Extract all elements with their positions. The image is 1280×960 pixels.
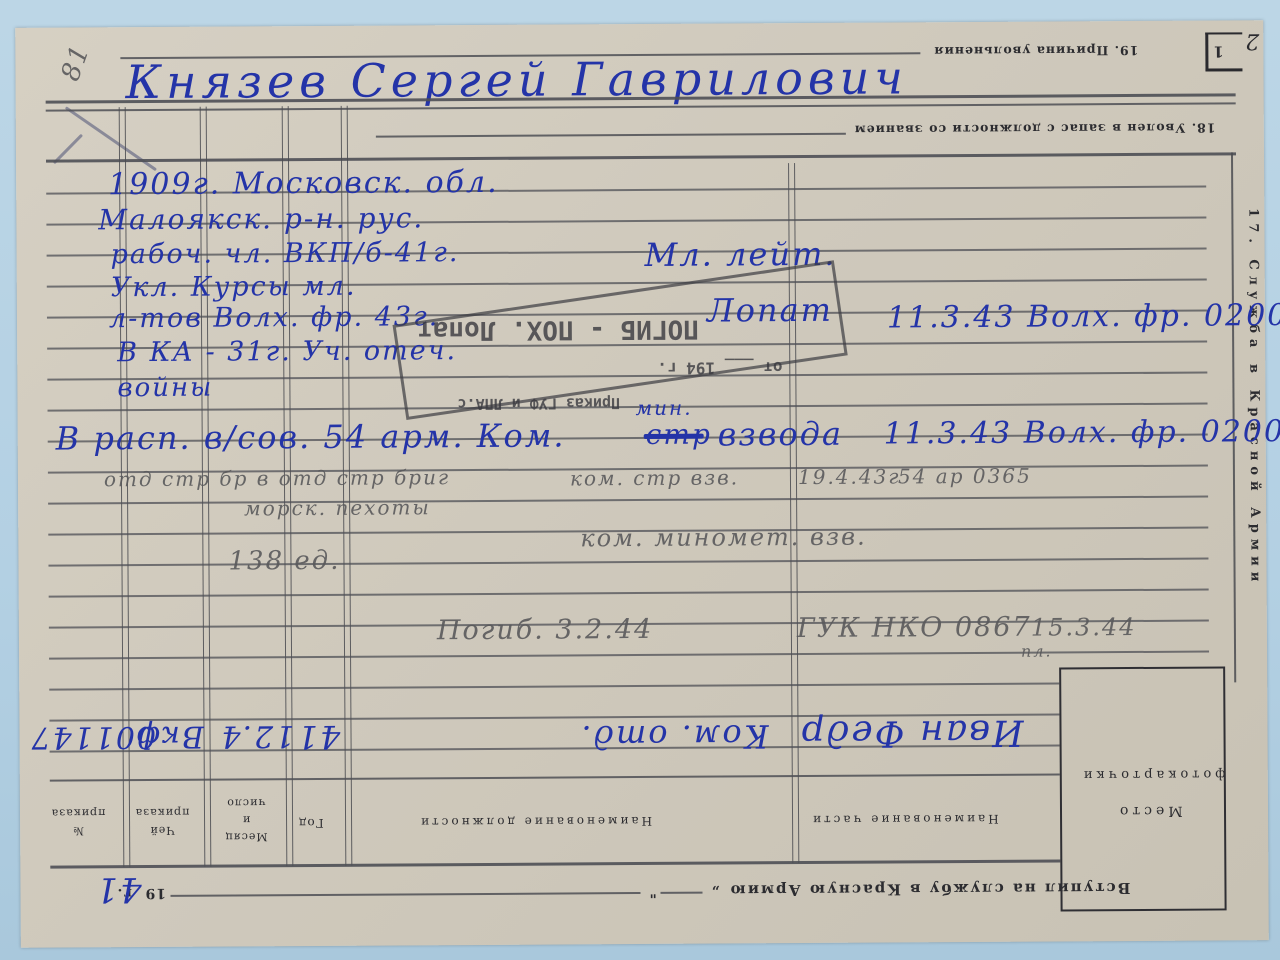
corner-number: 2 — [1243, 28, 1259, 53]
stamp-line-killed: ПОГИБ - ПОХ. Лопат — [417, 314, 699, 346]
hw-year: 41 — [295, 718, 340, 756]
hw-entered-year: 41 — [94, 869, 142, 909]
hw-whose-order: Вкф — [134, 719, 204, 754]
row-line — [49, 682, 1059, 690]
corner-box — [1205, 32, 1242, 71]
pencil-killed: Погиб. 3.2.44 — [437, 614, 654, 646]
pencil-brigade: отд стр бр в отд стр бриг — [104, 465, 450, 491]
label-service-red-army: 17. Служба в Красной Армии — [1245, 208, 1262, 587]
hw-assignment-date: 11.3.43 Волх. фр. 0200 — [884, 414, 1280, 451]
row-line-header-top — [50, 773, 1060, 781]
rule-18-bottom — [46, 152, 1236, 162]
label-unit-name: Наименование части — [810, 812, 999, 827]
photo-placeholder — [1059, 666, 1226, 911]
pencil-date: 19.4.43г — [798, 464, 901, 489]
hw-line-courses: Укл. Курсы мл. — [111, 271, 357, 304]
hw-rank-date-unit: 11.3.43 Волх. фр. 0200 — [887, 298, 1280, 335]
row-line — [48, 496, 1208, 505]
label-month-day: Месяц и число — [216, 794, 276, 845]
hw-month-day: 12.4 — [219, 718, 294, 753]
label-reason-discharge: 19. Причина увольнения — [933, 43, 1138, 59]
pencil-marine-infantry: морск. пехоты — [244, 495, 431, 520]
label-whose-order: Чей приказа — [132, 803, 192, 839]
pencil-order-sub: пл. — [1021, 641, 1053, 660]
hw-line-war: войны — [117, 373, 213, 404]
label-quote-close: " — [648, 884, 656, 900]
label-quote-open: „ — [710, 884, 719, 900]
label-reserve: 18. Уволен в запас с должности со звание… — [854, 120, 1216, 137]
label-year: Год — [298, 816, 324, 830]
pencil-138: 138 ед. — [228, 546, 340, 577]
pencil-platoon-cmd: ком. стр взв. — [570, 465, 739, 490]
row-line — [48, 403, 1208, 412]
hw-stamp-place: Лопат — [707, 291, 833, 330]
hw-line-birth: 1909г. Московск. обл. — [108, 165, 499, 202]
pencil-order: 54 ар 0365 — [898, 464, 1032, 489]
label-photo-place: Место — [1116, 803, 1183, 819]
hw-position: Ком. отд. — [579, 717, 768, 756]
rule-entered-day — [660, 892, 702, 894]
record-card: 81 1 2 19. Причина увольнения Князев Сер… — [15, 20, 1269, 948]
strikethrough-mark — [644, 434, 704, 439]
rule-18 — [376, 133, 846, 138]
hw-unit: Иван Федр — [799, 712, 1023, 754]
label-year-prefix: 19 — [144, 885, 166, 901]
pencil-mortar-cmd: ком. миномет. взв. — [580, 523, 866, 553]
hw-assignment: В расп. в/сов. 54 арм. Ком. — [56, 416, 566, 457]
row-line-header-bottom — [50, 859, 1060, 868]
pencil-number-mark: 81 — [56, 40, 97, 85]
label-order-number: № приказа — [48, 803, 108, 839]
hw-line-district: Малоякск. р-н. рус. — [98, 201, 424, 236]
pencil-order-gunko: ГУК НКО 0867 — [797, 612, 1032, 644]
hw-platoon: взвода — [718, 415, 844, 454]
row-line — [49, 589, 1209, 598]
corner-printed-number: 1 — [1212, 42, 1224, 60]
hw-line-party: рабоч. чл. ВКП/б-41г. — [110, 237, 459, 270]
pencil-order-date: 15.3.44 — [1031, 613, 1137, 642]
label-position-name: Наименование должности — [418, 814, 652, 829]
stamp-line-order: Приказ ГУФ и ЛПА.с — [457, 394, 620, 413]
stamp-line-date: от ___ 194 г. — [657, 358, 782, 378]
hw-superscript-mortar: мин. — [635, 396, 692, 420]
row-line — [48, 558, 1208, 567]
rule-entered-date — [171, 892, 641, 897]
hw-line-lieutenants: л-тов Волх. фр. 43г. — [109, 301, 440, 334]
label-photo-card: фотокарточки — [1080, 766, 1226, 782]
